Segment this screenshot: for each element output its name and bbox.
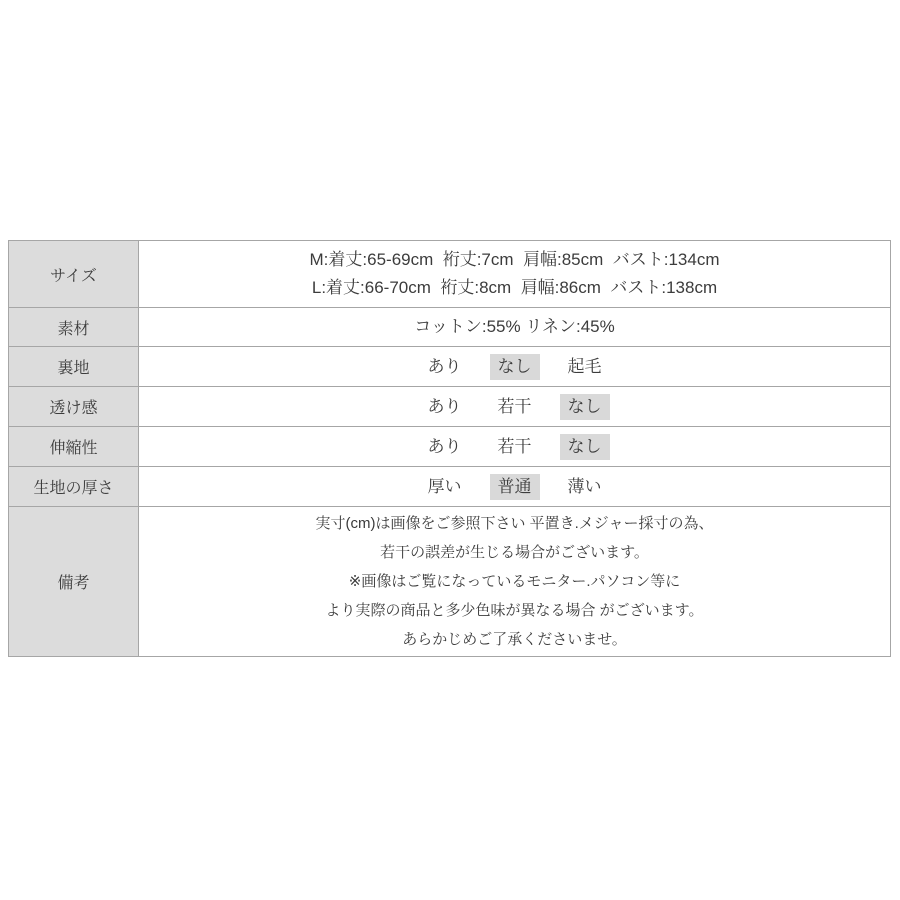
spec-row-value: コットン:55% リネン:45% <box>139 308 891 347</box>
spec-row-value: M:着丈:65-69cm 裄丈:7cm 肩幅:85cm バスト:134cmL:着… <box>139 241 891 308</box>
product-spec-table: サイズM:着丈:65-69cm 裄丈:7cm 肩幅:85cm バスト:134cm… <box>8 240 891 657</box>
spec-option: あり <box>420 434 470 460</box>
spec-row-value: 厚い普通薄い <box>139 467 891 507</box>
spec-row-label: 伸縮性 <box>9 427 139 467</box>
spec-table-body: サイズM:着丈:65-69cm 裄丈:7cm 肩幅:85cm バスト:134cm… <box>9 241 891 657</box>
spec-option: 若干 <box>490 394 540 420</box>
spec-row: 備考実寸(cm)は画像をご参照下さい 平置き.メジャー採寸の為、若干の誤差が生じ… <box>9 507 891 657</box>
spec-option: あり <box>420 354 470 380</box>
spec-row-value: ありなし起毛 <box>139 347 891 387</box>
spec-value-line: 若干の誤差が生じる場合がございます。 <box>143 538 886 567</box>
spec-row: 生地の厚さ厚い普通薄い <box>9 467 891 507</box>
spec-row-label: 備考 <box>9 507 139 657</box>
spec-option-selected: なし <box>560 434 610 460</box>
spec-row: 伸縮性あり若干なし <box>9 427 891 467</box>
spec-value-line: あらかじめご了承くださいませ。 <box>143 625 886 654</box>
spec-row: 透け感あり若干なし <box>9 387 891 427</box>
spec-row: 素材コットン:55% リネン:45% <box>9 308 891 347</box>
spec-option: 起毛 <box>560 354 610 380</box>
spec-option-selected: 普通 <box>490 474 540 500</box>
spec-row: 裏地ありなし起毛 <box>9 347 891 387</box>
spec-row-value: あり若干なし <box>139 427 891 467</box>
spec-row-label: 素材 <box>9 308 139 347</box>
spec-row-label: サイズ <box>9 241 139 308</box>
spec-option: あり <box>420 394 470 420</box>
product-spec-page: サイズM:着丈:65-69cm 裄丈:7cm 肩幅:85cm バスト:134cm… <box>0 0 900 900</box>
spec-value-line: M:着丈:65-69cm 裄丈:7cm 肩幅:85cm バスト:134cm <box>143 246 886 274</box>
spec-row-value: あり若干なし <box>139 387 891 427</box>
spec-option: 若干 <box>490 434 540 460</box>
spec-option-selected: なし <box>560 394 610 420</box>
spec-value-line: コットン:55% リネン:45% <box>143 313 886 341</box>
spec-value-line: ※画像はご覧になっているモニター.パソコン等に <box>143 567 886 596</box>
spec-option: 薄い <box>560 474 610 500</box>
spec-value-line: L:着丈:66-70cm 裄丈:8cm 肩幅:86cm バスト:138cm <box>143 274 886 302</box>
spec-value-line: 実寸(cm)は画像をご参照下さい 平置き.メジャー採寸の為、 <box>143 509 886 538</box>
spec-value-line: より実際の商品と多少色味が異なる場合 がございます。 <box>143 596 886 625</box>
spec-row-label: 裏地 <box>9 347 139 387</box>
spec-option-selected: なし <box>490 354 540 380</box>
spec-row-value: 実寸(cm)は画像をご参照下さい 平置き.メジャー採寸の為、若干の誤差が生じる場… <box>139 507 891 657</box>
spec-row: サイズM:着丈:65-69cm 裄丈:7cm 肩幅:85cm バスト:134cm… <box>9 241 891 308</box>
spec-option: 厚い <box>420 474 470 500</box>
spec-row-label: 透け感 <box>9 387 139 427</box>
spec-row-label: 生地の厚さ <box>9 467 139 507</box>
